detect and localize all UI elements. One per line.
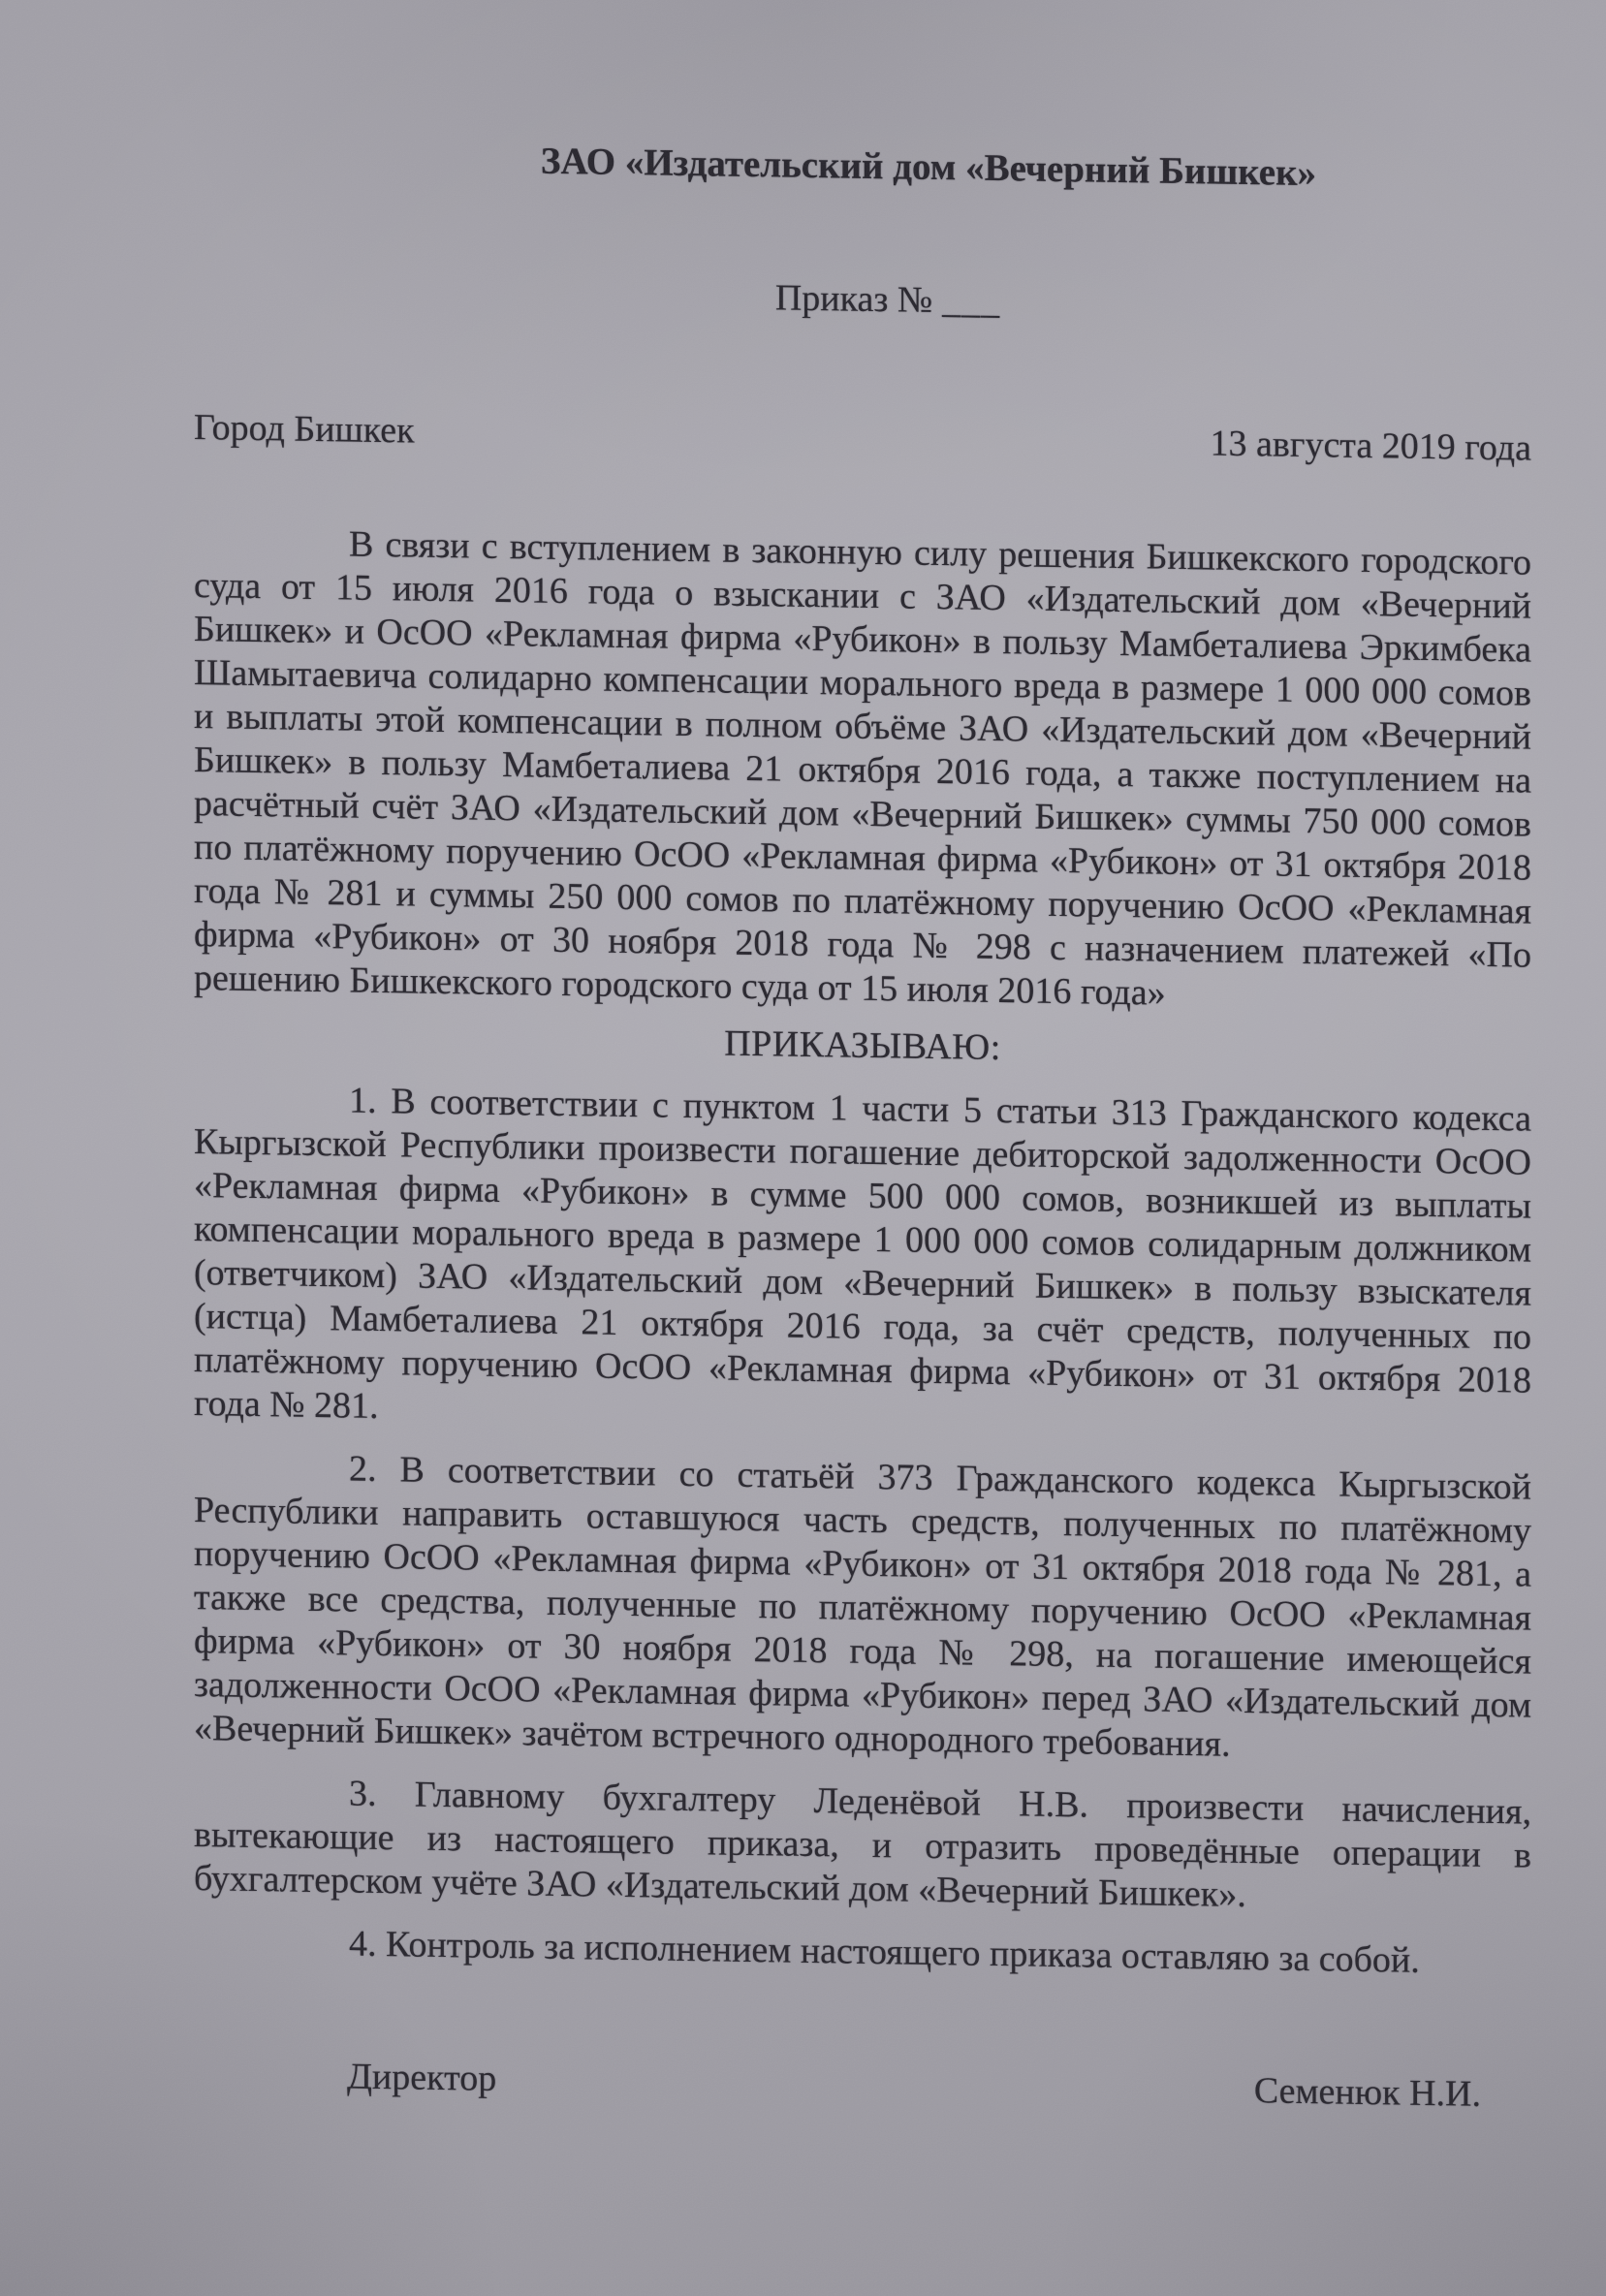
resolution-heading: ПРИКАЗЫВАЮ: [194,1014,1531,1079]
order-number-blank: ___ [942,280,1000,322]
preamble-paragraph: В связи с вступлением в законную силу ре… [194,520,1531,1022]
signature-row: Директор Семенюк Н.И. [194,2053,1531,2118]
order-item-4: 4. Контроль за исполнением настоящего пр… [194,1920,1531,1985]
signature-position: Директор [347,2055,496,2100]
city-label: Город Бишкек [194,406,415,454]
order-label: Приказ № [775,277,932,321]
city-date-row: Город Бишкек 13 августа 2019 года [194,406,1531,471]
date-label: 13 августа 2019 года [1211,422,1531,470]
signature-name: Семенюк Н.И. [1254,2069,1481,2117]
order-number-line: Приказ №___ [219,267,1557,332]
order-item-2: 2. В соответствии со статьёй 373 Граждан… [194,1445,1531,1772]
org-name-title: ЗАО «Издательский дом «Вечерний Бишкек» [260,135,1597,200]
paper-sheet: ЗАО «Издательский дом «Вечерний Бишкек» … [0,0,1606,2296]
order-document: ЗАО «Издательский дом «Вечерний Бишкек» … [194,0,1531,2118]
order-item-1: 1. В соответствии с пунктом 1 части 5 ст… [194,1077,1531,1447]
order-item-3: 3. Главному бухгалтеру Леденёвой Н.В. пр… [194,1770,1531,1922]
